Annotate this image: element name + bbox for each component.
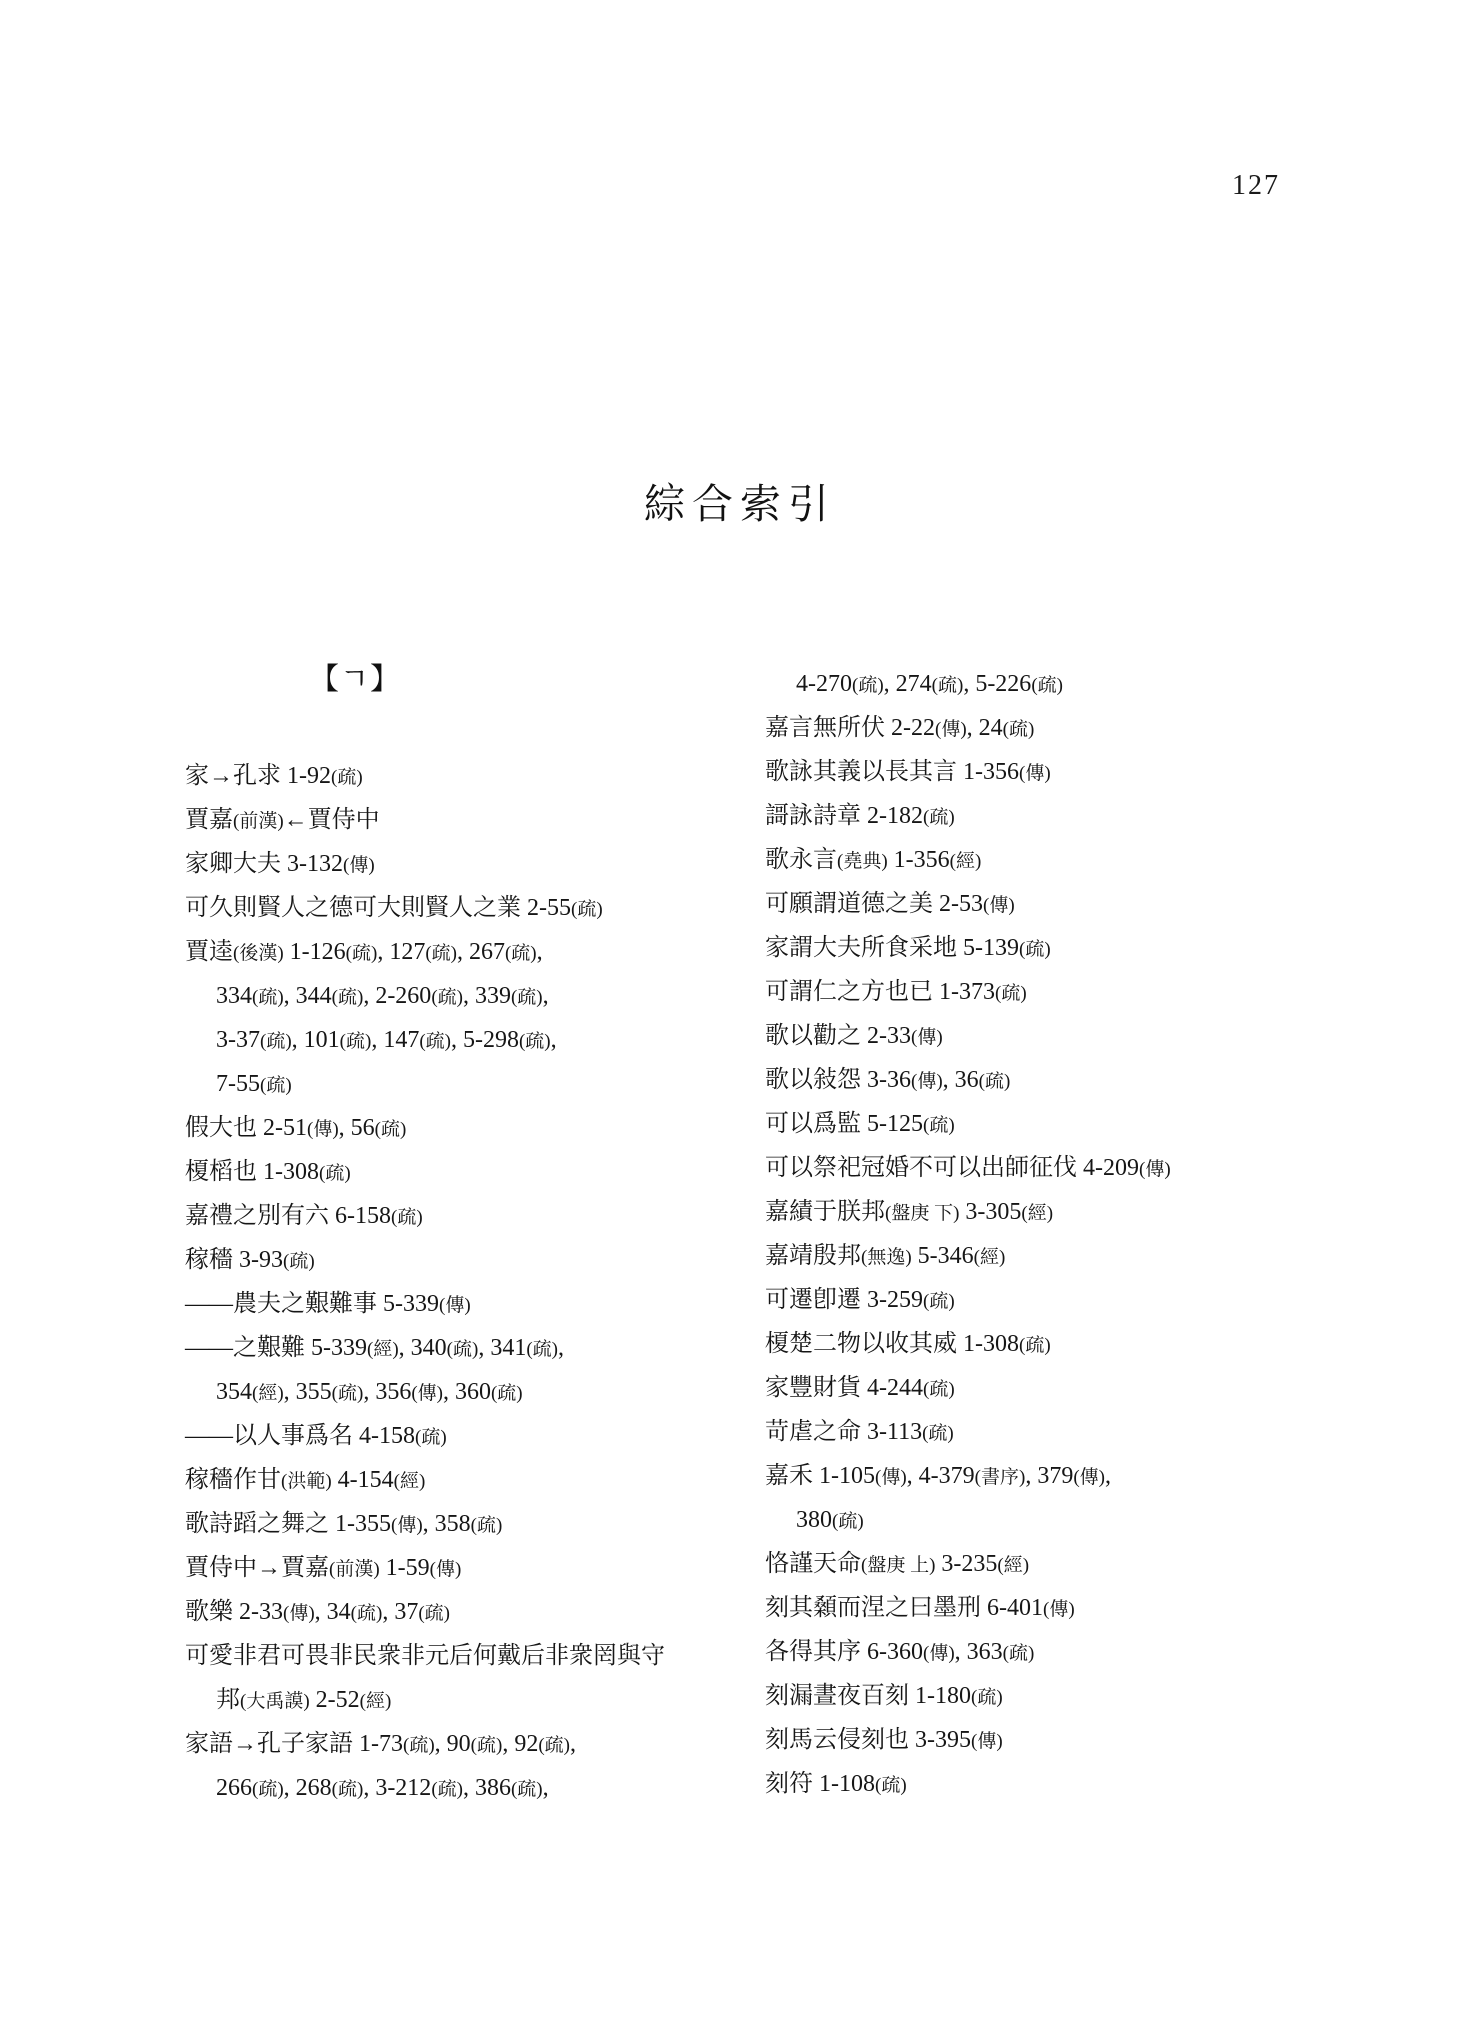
index-entry: 榎槄也 1-308(疏) (185, 1150, 745, 1194)
index-entry: 刻其顙而涅之曰墨刑 6-401(傳) (765, 1586, 1325, 1630)
right-column-entries: 4-270(疏), 274(疏), 5-226(疏)嘉言無所伏 2-22(傳),… (765, 662, 1325, 1806)
index-entry: 歌以敍怨 3-36(傳), 36(疏) (765, 1058, 1325, 1102)
document-page: 127 綜合索引 【ㄱ】 家→孔求 1-92(疏)賈嘉(前漢)←賈侍中家卿大夫 … (0, 0, 1480, 2024)
index-entry: 嘉禮之別有六 6-158(疏) (185, 1194, 745, 1238)
index-entry: 賈侍中→賈嘉(前漢) 1-59(傳) (185, 1546, 745, 1590)
index-entry: 354(經), 355(疏), 356(傳), 360(疏) (185, 1370, 745, 1414)
index-entry: 家謂大夫所食采地 5-139(疏) (765, 926, 1325, 970)
index-entry: 可愛非君可畏非民衆非元后何戴后非衆罔與守 (185, 1634, 745, 1678)
index-entry: 苛虐之命 3-113(疏) (765, 1410, 1325, 1454)
index-entry: 恪謹天命(盤庚 上) 3-235(經) (765, 1542, 1325, 1586)
index-entry: 歌詠其義以長其言 1-356(傳) (765, 750, 1325, 794)
index-entry: 刻漏晝夜百刻 1-180(疏) (765, 1674, 1325, 1718)
page-title: 綜合索引 (0, 471, 1480, 530)
index-entry: 334(疏), 344(疏), 2-260(疏), 339(疏), (185, 974, 745, 1018)
index-entry: 可久則賢人之德可大則賢人之業 2-55(疏) (185, 886, 745, 930)
index-entry: 榎楚二物以收其威 1-308(疏) (765, 1322, 1325, 1366)
index-entry: 家→孔求 1-92(疏) (185, 754, 745, 798)
section-header-giyeok: 【ㄱ】 (185, 660, 745, 700)
index-entry: 嘉績于朕邦(盤庚 下) 3-305(經) (765, 1190, 1325, 1234)
page-number: 127 (1232, 170, 1280, 202)
index-right-column: 4-270(疏), 274(疏), 5-226(疏)嘉言無所伏 2-22(傳),… (765, 662, 1325, 1806)
index-entry: 刻馬云侵刻也 3-395(傳) (765, 1718, 1325, 1762)
index-entry: ——以人事爲名 4-158(疏) (185, 1414, 745, 1458)
index-entry: 謌詠詩章 2-182(疏) (765, 794, 1325, 838)
index-entry: 可遷卽遷 3-259(疏) (765, 1278, 1325, 1322)
index-entry: 邦(大禹謨) 2-52(經) (185, 1678, 745, 1722)
index-entry: 各得其序 6-360(傳), 363(疏) (765, 1630, 1325, 1674)
index-left-column: 【ㄱ】 家→孔求 1-92(疏)賈嘉(前漢)←賈侍中家卿大夫 3-132(傳)可… (185, 660, 745, 1810)
index-entry: 假大也 2-51(傳), 56(疏) (185, 1106, 745, 1150)
index-entry: 4-270(疏), 274(疏), 5-226(疏) (765, 662, 1325, 706)
index-entry: 家語→孔子家語 1-73(疏), 90(疏), 92(疏), (185, 1722, 745, 1766)
index-entry: 嘉靖殷邦(無逸) 5-346(經) (765, 1234, 1325, 1278)
index-entry: 賈嘉(前漢)←賈侍中 (185, 798, 745, 842)
index-entry: 歌永言(堯典) 1-356(經) (765, 838, 1325, 882)
index-entry: 266(疏), 268(疏), 3-212(疏), 386(疏), (185, 1766, 745, 1810)
index-entry: 家豐財貨 4-244(疏) (765, 1366, 1325, 1410)
index-entry: 可以爲監 5-125(疏) (765, 1102, 1325, 1146)
index-entry: 歌樂 2-33(傳), 34(疏), 37(疏) (185, 1590, 745, 1634)
index-entry: 可以祭祀冠婚不可以出師征伐 4-209(傳) (765, 1146, 1325, 1190)
index-entry: 歌詩蹈之舞之 1-355(傳), 358(疏) (185, 1502, 745, 1546)
index-entry: 稼穡 3-93(疏) (185, 1238, 745, 1282)
index-entry: 3-37(疏), 101(疏), 147(疏), 5-298(疏), (185, 1018, 745, 1062)
index-entry: ——之艱難 5-339(經), 340(疏), 341(疏), (185, 1326, 745, 1370)
index-entry: 可謂仁之方也已 1-373(疏) (765, 970, 1325, 1014)
index-entry: 嘉禾 1-105(傳), 4-379(書序), 379(傳), (765, 1454, 1325, 1498)
index-entry: 刻符 1-108(疏) (765, 1762, 1325, 1806)
index-entry: ——農夫之艱難事 5-339(傳) (185, 1282, 745, 1326)
index-entry: 家卿大夫 3-132(傳) (185, 842, 745, 886)
index-entry: 可願謂道德之美 2-53(傳) (765, 882, 1325, 926)
index-entry: 380(疏) (765, 1498, 1325, 1542)
index-entry: 賈逵(後漢) 1-126(疏), 127(疏), 267(疏), (185, 930, 745, 974)
index-entry: 稼穡作甘(洪範) 4-154(經) (185, 1458, 745, 1502)
left-column-entries: 家→孔求 1-92(疏)賈嘉(前漢)←賈侍中家卿大夫 3-132(傳)可久則賢人… (185, 754, 745, 1810)
index-entry: 7-55(疏) (185, 1062, 745, 1106)
index-entry: 歌以勸之 2-33(傳) (765, 1014, 1325, 1058)
index-entry: 嘉言無所伏 2-22(傳), 24(疏) (765, 706, 1325, 750)
